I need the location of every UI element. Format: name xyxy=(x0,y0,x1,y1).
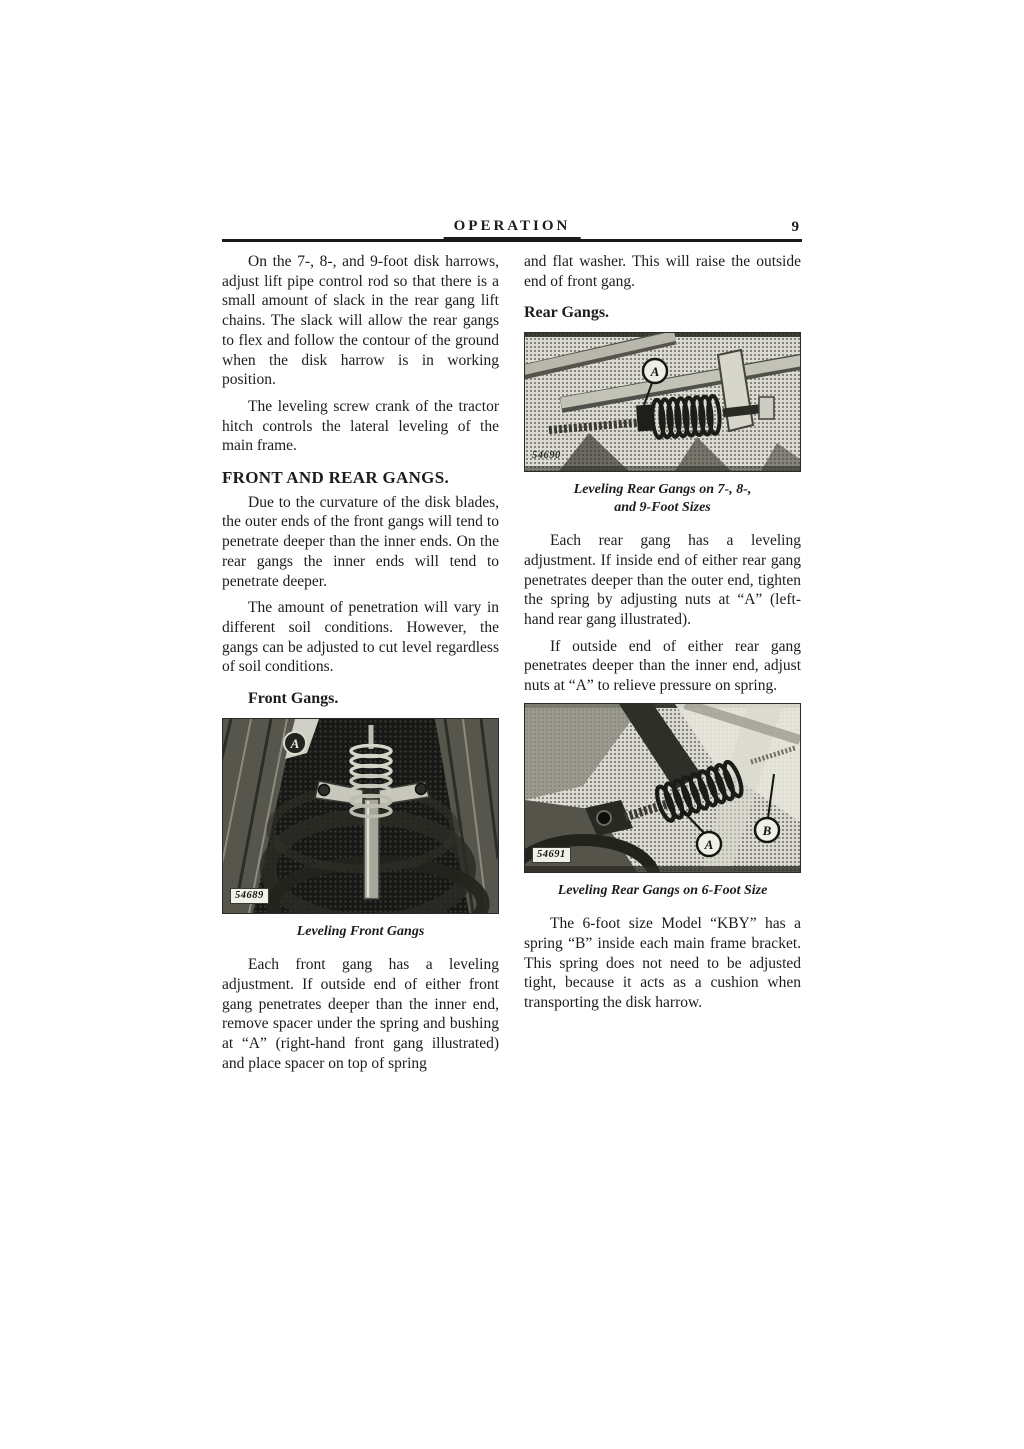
paragraph-front-gang-adjustment: Each front gang has a leveling adjustmen… xyxy=(222,955,499,1073)
caption-line-1: Leveling Rear Gangs on 7-, 8-, xyxy=(574,482,752,497)
caption-rear-gangs-789: Leveling Rear Gangs on 7-, 8-, and 9-Foo… xyxy=(524,481,801,516)
paragraph-curvature: Due to the curvature of the disk blades,… xyxy=(222,493,499,592)
photo-leveling-rear-gangs-789: A 54690 xyxy=(524,332,801,472)
photo-leveling-front-gangs: A 54689 xyxy=(222,718,499,914)
rear-gangs-789-label-a: A xyxy=(650,364,660,379)
paragraph-lift-pipe: On the 7-, 8-, and 9-foot disk harrows, … xyxy=(222,252,499,390)
paragraph-penetration: The amount of penetration will vary in d… xyxy=(222,598,499,677)
paragraph-flat-washer: and flat washer. This will raise the out… xyxy=(524,252,801,291)
page-header: OPERATION 9 xyxy=(222,218,802,242)
subheading-rear-gangs: Rear Gangs. xyxy=(524,303,801,323)
manual-page: OPERATION 9 On the 7-, 8-, and 9-foot di… xyxy=(0,0,1024,1449)
figure-rear-gangs-789: A 54690 Leveling Rear Gangs on 7-, 8-, a… xyxy=(524,332,801,516)
paragraph-kby-spring: The 6-foot size Model “KBY” has a spring… xyxy=(524,914,801,1013)
caption-rear-gangs-6: Leveling Rear Gangs on 6-Foot Size xyxy=(524,882,801,900)
paragraph-leveling-screw: The leveling screw crank of the tractor … xyxy=(222,397,499,456)
figure-rear-gangs-6: A B 54691 Leveling Rear Gangs on 6-Foot … xyxy=(524,703,801,900)
photo-number-rear-gangs-6: 54691 xyxy=(532,847,571,863)
rear-gangs-6-label-a: A xyxy=(704,837,714,852)
header-title: OPERATION xyxy=(444,218,581,239)
section-heading-front-and-rear-gangs: FRONT AND REAR GANGS. xyxy=(222,468,499,488)
photo-number-rear-gangs-789: 54690 xyxy=(532,450,561,462)
photo-front-gangs-illustration: A xyxy=(223,719,498,913)
paragraph-rear-gang-inside: Each rear gang has a leveling adjustment… xyxy=(524,531,801,630)
paragraph-rear-gang-outside: If outside end of either rear gang penet… xyxy=(524,637,801,696)
caption-front-gangs: Leveling Front Gangs xyxy=(222,923,499,941)
photo-leveling-rear-gangs-6: A B 54691 xyxy=(524,703,801,873)
rear-gangs-6-label-b: B xyxy=(762,823,772,838)
photo-number-front-gangs: 54689 xyxy=(230,888,269,904)
caption-line-2: and 9-Foot Sizes xyxy=(614,500,710,515)
figure-front-gangs: A 54689 Leveling Front Gangs xyxy=(222,718,499,941)
right-column: and flat washer. This will raise the out… xyxy=(524,252,801,1020)
photo-rear-gangs-789-illustration: A xyxy=(525,333,800,471)
subheading-front-gangs: Front Gangs. xyxy=(248,689,499,709)
page-number: 9 xyxy=(792,219,800,236)
left-column: On the 7-, 8-, and 9-foot disk harrows, … xyxy=(222,252,499,1080)
front-gangs-label-a: A xyxy=(290,736,300,751)
